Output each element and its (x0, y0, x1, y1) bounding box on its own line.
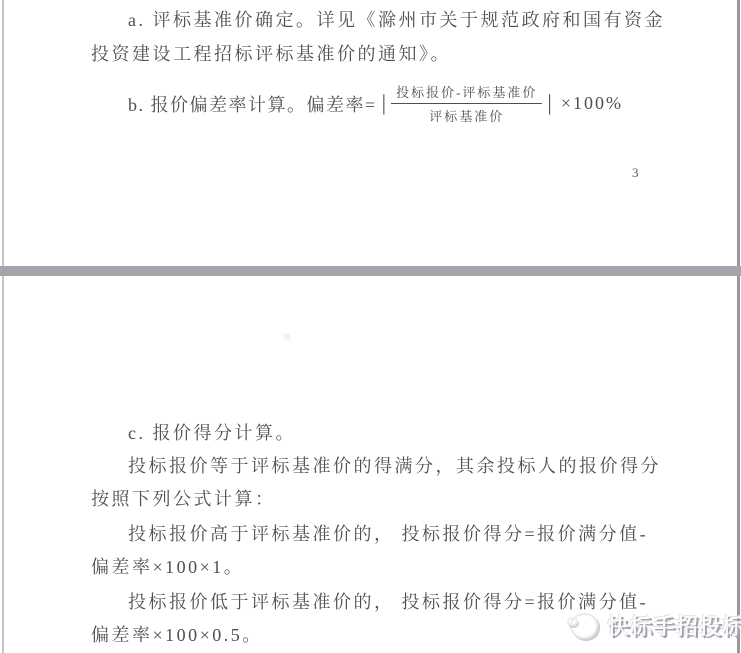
deviation-rate-formula: b. 报价偏差率计算。偏差率= | 投标报价-评标基准价 评标基准价 | ×10… (128, 82, 623, 125)
absolute-value-bar: | (382, 90, 386, 116)
page-separator-bar (0, 266, 741, 276)
paragraph-line: 投标报价高于评标基准价的， 投标报价得分=报价满分值- (128, 523, 648, 545)
formula-label: b. 报价偏差率计算。偏差率= (128, 91, 377, 117)
scan-smudge (284, 333, 291, 340)
paragraph-line: 按照下列公式计算： (91, 488, 276, 510)
fraction-denominator: 评标基准价 (429, 104, 504, 125)
paragraph-line: c. 报价得分计算。 (128, 422, 296, 444)
formula-fraction: 投标报价-评标基准价 评标基准价 (391, 82, 542, 125)
fraction-numerator: 投标报价-评标基准价 (391, 82, 542, 104)
brand-watermark: 快标手招投标 (570, 610, 741, 641)
paragraph-line: 投资建设工程招标评标基准价的通知》。 (91, 43, 451, 65)
absolute-value-bar: | (547, 90, 551, 116)
formula-multiplier: ×100% (561, 93, 623, 114)
page-right-border (737, 0, 740, 653)
brand-logo-icon (570, 613, 598, 639)
paragraph-line: 投标报价等于评标基准价的得满分，其余投标人的报价得分 (128, 455, 661, 477)
document-scan-viewer: a. 评标基准价确定。详见《滁州市关于规范政府和国有资金 投资建设工程招标评标基… (0, 0, 741, 653)
paragraph-line: 偏差率×100×0.5。 (91, 624, 263, 646)
brand-watermark-text: 快标手招投标 (607, 610, 741, 641)
paragraph-line: a. 评标基准价确定。详见《滁州市关于规范政府和国有资金 (128, 9, 665, 31)
page-number: 3 (632, 165, 639, 181)
page-left-border (2, 0, 4, 653)
paragraph-line: 偏差率×100×1。 (91, 556, 244, 578)
